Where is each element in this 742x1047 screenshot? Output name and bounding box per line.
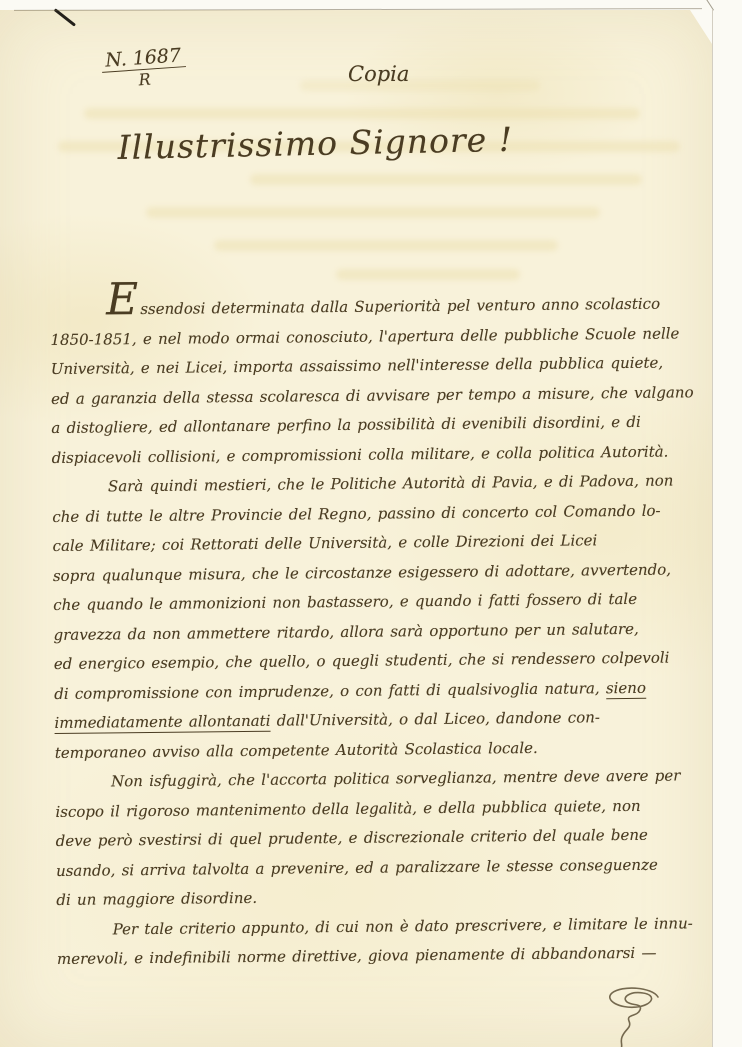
scanned-document: N. 1687 R Copia Illustrissimo Signore ! … xyxy=(0,0,742,1047)
bleedthrough-texture xyxy=(84,108,640,119)
copy-label: Copia xyxy=(348,62,409,86)
bleedthrough-texture xyxy=(336,269,520,280)
bleedthrough-texture xyxy=(300,80,540,91)
bleedthrough-texture xyxy=(250,174,642,185)
bleedthrough-texture xyxy=(214,240,558,251)
page-corner-fold xyxy=(690,10,712,44)
scan-edge-mark xyxy=(54,8,76,26)
underlined-text: immediatamente allontanati xyxy=(54,712,270,734)
paragraph-3: Non isfuggirà, che l'accorta politica so… xyxy=(55,761,697,915)
manuscript-page: N. 1687 R Copia Illustrissimo Signore ! … xyxy=(0,10,712,1047)
line-segment: di compromissione con imprudenze, o con … xyxy=(54,679,606,703)
letter-body: Essendosi determinata dalla Superiorità … xyxy=(50,289,697,974)
spiral-flourish-icon xyxy=(598,982,670,1047)
salutation: Illustrissimo Signore ! xyxy=(117,120,513,167)
reference-number: N. 1687 R xyxy=(101,45,188,93)
paragraph-1: Essendosi determinata dalla Superiorità … xyxy=(50,289,692,473)
page-right-edge xyxy=(712,10,713,1047)
bleedthrough-texture xyxy=(146,207,600,218)
manuscript-line: merevoli, e indefinibili norme direttive… xyxy=(57,938,697,974)
paragraph-2: Sarà quindi mestieri, che le Politiche A… xyxy=(52,466,695,768)
paragraph-4: Per tale criterio appunto, di cui non è … xyxy=(56,909,697,975)
underlined-text: sieno xyxy=(606,678,646,698)
line-segment: dall'Università, o dal Liceo, dandone co… xyxy=(270,708,600,729)
